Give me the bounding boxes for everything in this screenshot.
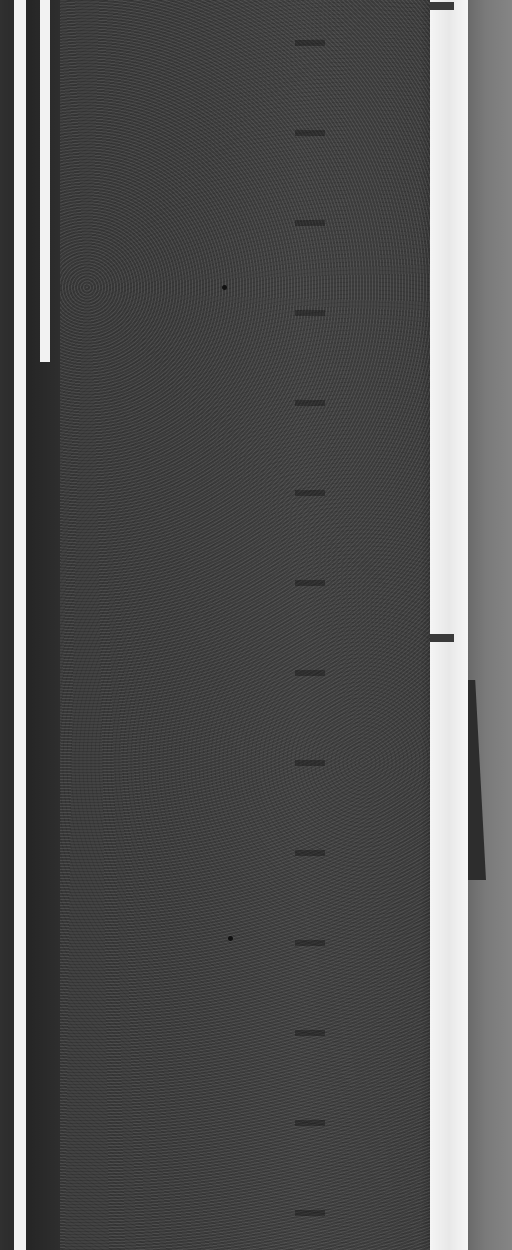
left-shoulder (0, 0, 60, 1250)
curb (468, 0, 512, 1250)
pavement-spot (222, 285, 227, 290)
edge-line-notch (430, 634, 454, 642)
pavement-crack (295, 0, 325, 1250)
left-inner-lane-line (40, 0, 50, 362)
pavement-spot (228, 936, 233, 941)
left-lane-line (14, 0, 26, 1250)
road-scene (0, 0, 512, 1250)
right-edge-line (430, 0, 468, 1250)
edge-line-notch (430, 2, 454, 10)
